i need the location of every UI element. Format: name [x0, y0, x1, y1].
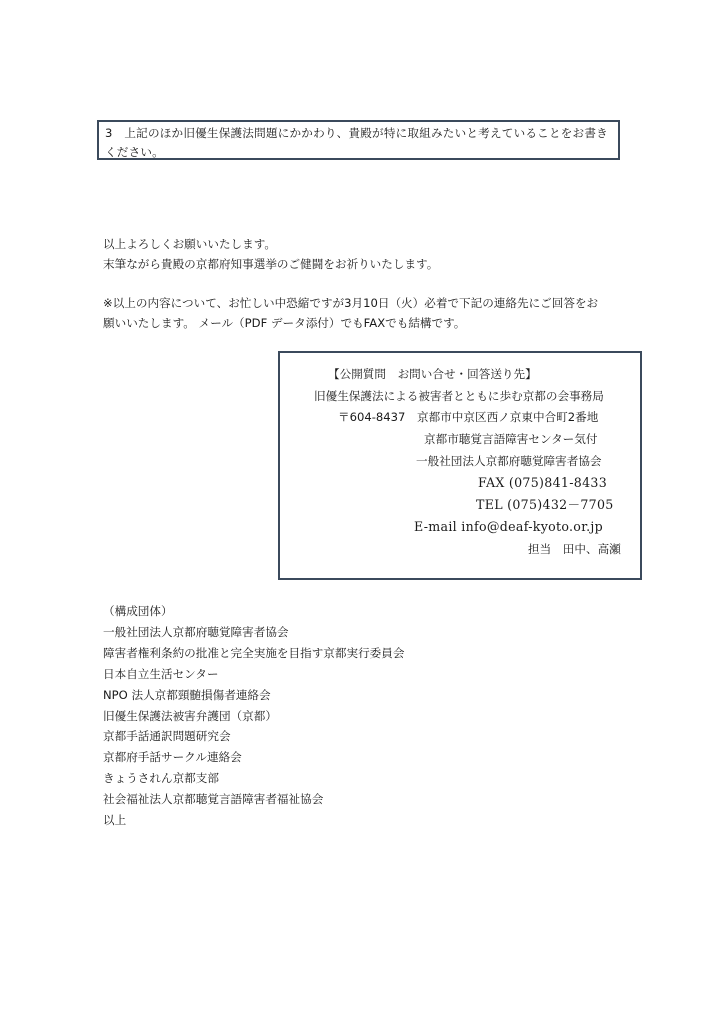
question-3-line-1: 3 上記のほか旧優生保護法問題にかかわり、貴殿が特に取組みたいと考えていることを… — [105, 124, 618, 143]
members-end: 以上 — [103, 810, 404, 831]
spacer — [103, 274, 598, 293]
reply-note-line-1: ※以上の内容について、お忙しい中恐縮ですが3月10日（火）必着で下記の連絡先にご… — [103, 293, 598, 313]
contact-address: 〒604-8437 京都市中京区西ノ京東中合町2番地 — [338, 407, 598, 427]
contact-persons: 担当 田中、高瀬 — [528, 539, 621, 559]
member-item: 日本自立生活センター — [103, 664, 404, 685]
member-item: 京都府手話サークル連絡会 — [103, 747, 404, 768]
contact-organization: 旧優生保護法による被害者とともに歩む京都の会事務局 — [314, 386, 604, 406]
reply-note-line-2: 願いいたします。 メール（PDF データ添付）でもFAXでも結構です。 — [103, 313, 598, 333]
member-organizations: （構成団体） 一般社団法人京都府聴覚障害者協会 障害者権利条約の批准と完全実施を… — [103, 601, 404, 831]
member-item: 障害者権利条約の批准と完全実施を目指す京都実行委員会 — [103, 643, 404, 664]
members-heading: （構成団体） — [103, 601, 404, 622]
contact-email[interactable]: E-mail info@deaf-kyoto.or.jp — [414, 517, 603, 537]
document-page: 3 上記のほか旧優生保護法問題にかかわり、貴殿が特に取組みたいと考えていることを… — [0, 0, 724, 1024]
question-3-box: 3 上記のほか旧優生保護法問題にかかわり、貴殿が特に取組みたいと考えていることを… — [97, 120, 620, 160]
closing-remarks: 以上よろしくお願いいたします。 末筆ながら貴殿の京都府知事選挙のご健闘をお祈りい… — [103, 234, 598, 333]
member-item: NPO 法人京都頸髄損傷者連絡会 — [103, 685, 404, 706]
question-3-line-2: ください。 — [105, 143, 618, 162]
member-item: 京都手話通訳問題研究会 — [103, 726, 404, 747]
closing-line-1: 以上よろしくお願いいたします。 — [103, 234, 598, 254]
closing-line-2: 末筆ながら貴殿の京都府知事選挙のご健闘をお祈りいたします。 — [103, 254, 598, 274]
contact-care-of: 京都市聴覚言語障害センター気付 — [424, 429, 597, 449]
member-item: 一般社団法人京都府聴覚障害者協会 — [103, 622, 404, 643]
contact-association: 一般社団法人京都府聴覚障害者協会 — [416, 451, 602, 471]
member-item: 旧優生保護法被害弁護団（京都） — [103, 706, 404, 727]
contact-tel: TEL (075)432－7705 — [476, 495, 614, 515]
member-item: きょうされん京都支部 — [103, 768, 404, 789]
contact-heading: 【公開質問 お問い合せ・回答送り先】 — [328, 364, 537, 384]
member-item: 社会福祉法人京都聴覚言語障害者福祉協会 — [103, 789, 404, 810]
contact-box: 【公開質問 お問い合せ・回答送り先】 旧優生保護法による被害者とともに歩む京都の… — [278, 351, 642, 580]
contact-fax: FAX (075)841-8433 — [478, 473, 607, 493]
